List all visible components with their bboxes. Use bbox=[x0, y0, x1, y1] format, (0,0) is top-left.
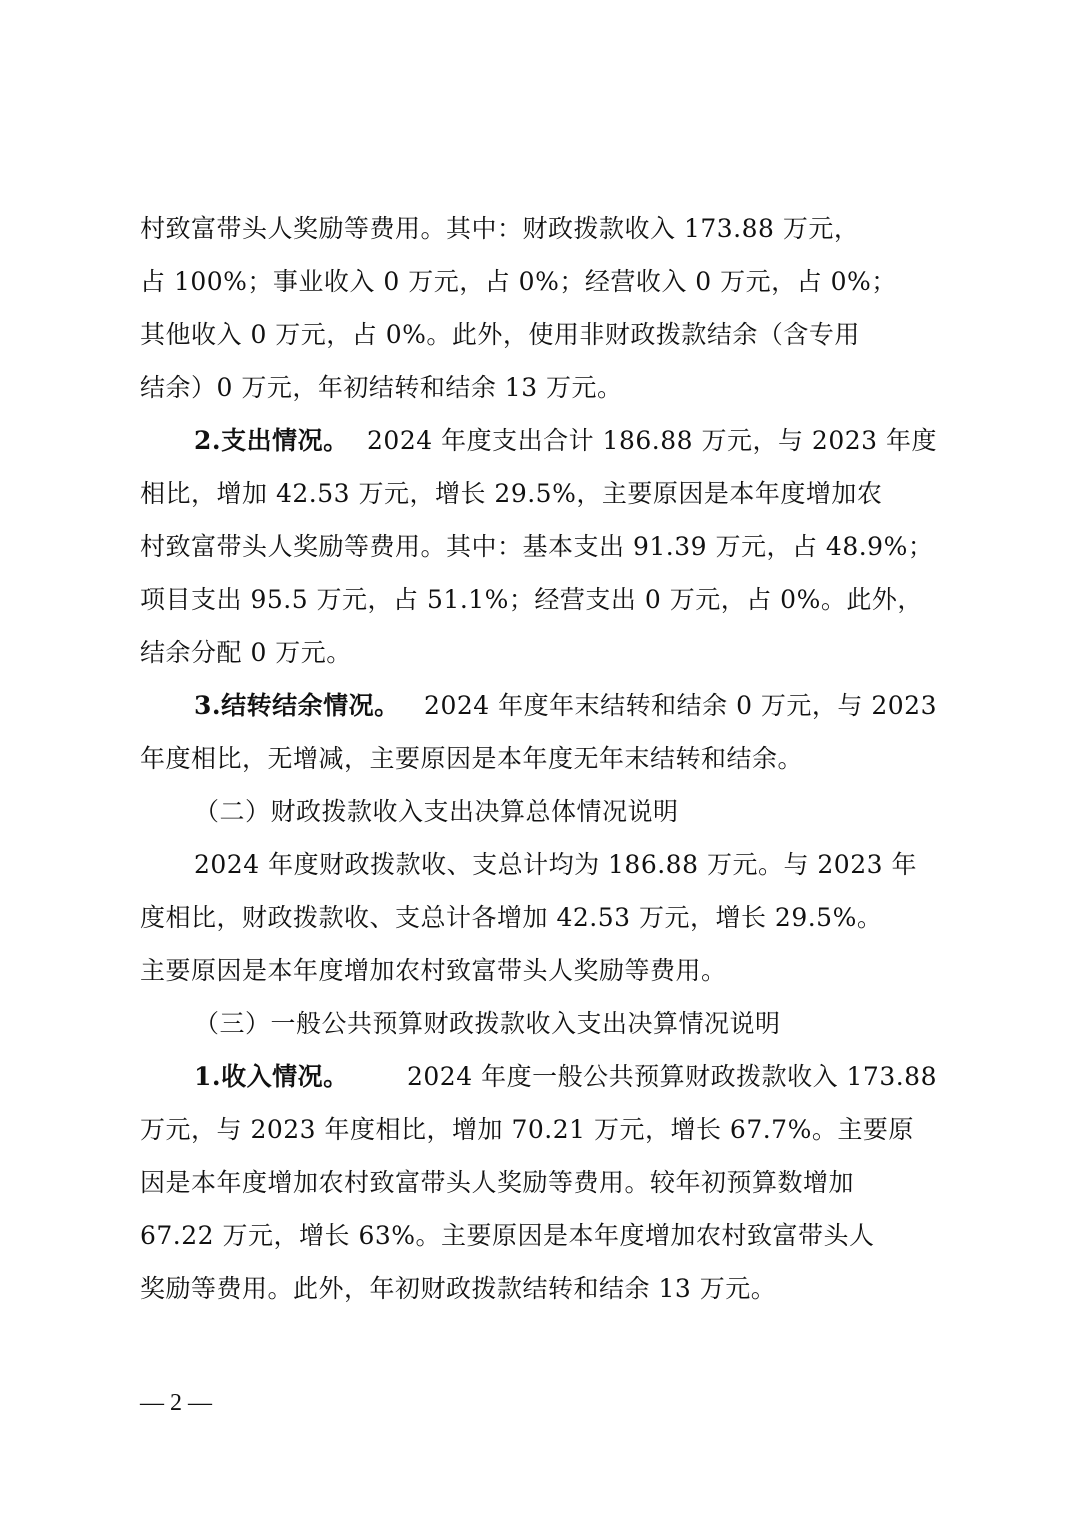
line-text: 村致富带头人奖励等费用。其中：基本支出 91.39 万元，占 48.9%； bbox=[140, 520, 933, 573]
line-text: 2024 年度支出合计 186.88 万元，与 2023 年度 bbox=[367, 414, 937, 467]
text-line: 结余）0 万元，年初结转和结余 13 万元。 bbox=[140, 361, 937, 414]
paragraph-carryover: 3.结转结余情况。2024 年度年末结转和结余 0 万元，与 2023 年度相比… bbox=[140, 679, 937, 785]
heading-text: （二）财政拨款收入支出决算总体情况说明 bbox=[194, 785, 679, 838]
line-text: 2024 年度财政拨款收、支总计均为 186.88 万元。与 2023 年 bbox=[194, 838, 917, 891]
line-text: 其他收入 0 万元，占 0%。此外，使用非财政拨款结余（含专用 bbox=[140, 308, 860, 361]
text-line: 度相比，财政拨款收、支总计各增加 42.53 万元，增长 29.5%。 bbox=[140, 891, 937, 944]
text-line: 占 100%；事业收入 0 万元，占 0%；经营收入 0 万元，占 0%； bbox=[140, 255, 937, 308]
line-text: 相比，增加 42.53 万元，增长 29.5%，主要原因是本年度增加农 bbox=[140, 467, 882, 520]
line-text: 度相比，财政拨款收、支总计各增加 42.53 万元，增长 29.5%。 bbox=[140, 891, 882, 944]
line-text: 因是本年度增加农村致富带头人奖励等费用。较年初预算数增加 bbox=[140, 1156, 854, 1209]
heading-text: （三）一般公共预算财政拨款收入支出决算情况说明 bbox=[194, 997, 781, 1050]
text-line: 主要原因是本年度增加农村致富带头人奖励等费用。 bbox=[140, 944, 937, 997]
line-text: 村致富带头人奖励等费用。其中：财政拨款收入 173.88 万元， bbox=[140, 202, 859, 255]
paragraph-income-continued: 村致富带头人奖励等费用。其中：财政拨款收入 173.88 万元， 占 100%；… bbox=[140, 202, 937, 414]
section-heading-2: （二）财政拨款收入支出决算总体情况说明 bbox=[140, 785, 937, 838]
text-line: 年度相比，无增减，主要原因是本年度无年末结转和结余。 bbox=[140, 732, 937, 785]
line-text: 项目支出 95.5 万元，占 51.1%；经营支出 0 万元，占 0%。此外， bbox=[140, 573, 923, 626]
line-text: 万元，与 2023 年度相比，增加 70.21 万元，增长 67.7%。主要原 bbox=[140, 1103, 914, 1156]
line-text: 67.22 万元，增长 63%。主要原因是本年度增加农村致富带头人 bbox=[140, 1209, 875, 1262]
line-text: 2024 年度一般公共预算财政拨款收入 173.88 bbox=[407, 1050, 937, 1103]
line-text: 2024 年度年末结转和结余 0 万元，与 2023 bbox=[424, 679, 937, 732]
line-text: 主要原因是本年度增加农村致富带头人奖励等费用。 bbox=[140, 944, 727, 997]
subheading-income: 1.收入情况。 bbox=[194, 1050, 349, 1103]
text-line: 2.支出情况。2024 年度支出合计 186.88 万元，与 2023 年度 bbox=[140, 414, 937, 467]
text-line: 67.22 万元，增长 63%。主要原因是本年度增加农村致富带头人 bbox=[140, 1209, 937, 1262]
text-line: 村致富带头人奖励等费用。其中：基本支出 91.39 万元，占 48.9%； bbox=[140, 520, 937, 573]
text-line: 万元，与 2023 年度相比，增加 70.21 万元，增长 67.7%。主要原 bbox=[140, 1103, 937, 1156]
text-line: 奖励等费用。此外，年初财政拨款结转和结余 13 万元。 bbox=[140, 1262, 937, 1315]
page-number: — 2 — bbox=[140, 1390, 212, 1417]
line-text: 奖励等费用。此外，年初财政拨款结转和结余 13 万元。 bbox=[140, 1262, 776, 1315]
text-line: 项目支出 95.5 万元，占 51.1%；经营支出 0 万元，占 0%。此外， bbox=[140, 573, 937, 626]
paragraph-fiscal-overall: 2024 年度财政拨款收、支总计均为 186.88 万元。与 2023 年 度相… bbox=[140, 838, 937, 997]
line-text: 年度相比，无增减，主要原因是本年度无年末结转和结余。 bbox=[140, 732, 803, 785]
line-text: 占 100%；事业收入 0 万元，占 0%；经营收入 0 万元，占 0%； bbox=[140, 255, 897, 308]
subheading-carryover: 3.结转结余情况。 bbox=[194, 679, 400, 732]
text-line: 因是本年度增加农村致富带头人奖励等费用。较年初预算数增加 bbox=[140, 1156, 937, 1209]
text-line: 相比，增加 42.53 万元，增长 29.5%，主要原因是本年度增加农 bbox=[140, 467, 937, 520]
text-line: 村致富带头人奖励等费用。其中：财政拨款收入 173.88 万元， bbox=[140, 202, 937, 255]
text-line: 结余分配 0 万元。 bbox=[140, 626, 937, 679]
line-text: 结余）0 万元，年初结转和结余 13 万元。 bbox=[140, 361, 623, 414]
paragraph-expenditure: 2.支出情况。2024 年度支出合计 186.88 万元，与 2023 年度 相… bbox=[140, 414, 937, 679]
text-line: 其他收入 0 万元，占 0%。此外，使用非财政拨款结余（含专用 bbox=[140, 308, 937, 361]
paragraph-general-budget-income: 1.收入情况。2024 年度一般公共预算财政拨款收入 173.88 万元，与 2… bbox=[140, 1050, 937, 1315]
text-line: 3.结转结余情况。2024 年度年末结转和结余 0 万元，与 2023 bbox=[140, 679, 937, 732]
text-line: 2024 年度财政拨款收、支总计均为 186.88 万元。与 2023 年 bbox=[140, 838, 937, 891]
document-page: 村致富带头人奖励等费用。其中：财政拨款收入 173.88 万元， 占 100%；… bbox=[140, 202, 937, 1315]
text-line: 1.收入情况。2024 年度一般公共预算财政拨款收入 173.88 bbox=[140, 1050, 937, 1103]
section-heading-3: （三）一般公共预算财政拨款收入支出决算情况说明 bbox=[140, 997, 937, 1050]
subheading-expenditure: 2.支出情况。 bbox=[194, 414, 349, 467]
line-text: 结余分配 0 万元。 bbox=[140, 626, 352, 679]
